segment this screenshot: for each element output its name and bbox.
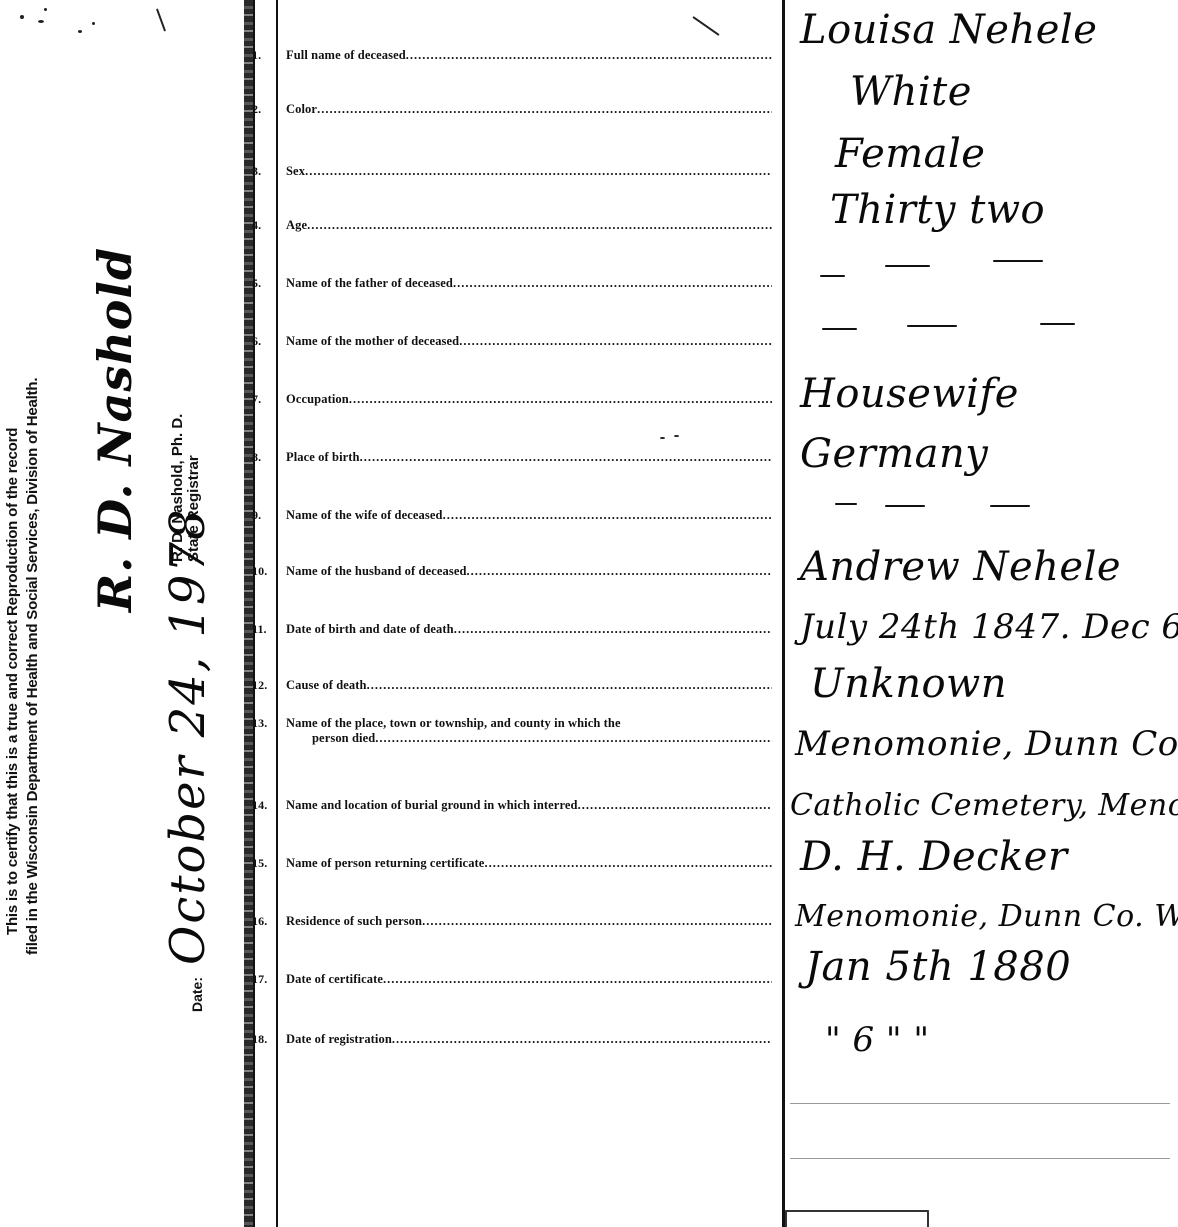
- certification-block: This is to certify that this is a true a…: [0, 0, 240, 1227]
- answer-color: White: [850, 70, 972, 114]
- field-cause-of-death: 12. Cause of death .....................…: [250, 678, 772, 700]
- answer-column-rule: [782, 0, 785, 1227]
- field-birth-death-dates: 11. Date of birth and date of death ....…: [250, 622, 772, 644]
- answer-person-returning: D. H. Decker: [800, 835, 1068, 879]
- field-wife-name: 9. Name of the wife of deceased ........…: [250, 508, 772, 530]
- certification-text-line-2: filed in the Wisconsin Department of Hea…: [24, 378, 41, 955]
- dot-leader: ........................................…: [422, 914, 772, 929]
- field-number: 14.: [250, 798, 276, 813]
- field-label: Place of birth: [276, 450, 360, 465]
- field-number: 10.: [250, 564, 276, 579]
- field-age: 4. Age .................................…: [250, 218, 772, 240]
- blank-answer-dash: [1040, 323, 1075, 325]
- dot-leader: ........................................…: [578, 798, 772, 813]
- field-number: 17.: [250, 972, 276, 987]
- field-person-returning-certificate: 15. Name of person returning certificate…: [250, 856, 772, 878]
- field-label: Name and location of burial ground in wh…: [276, 798, 578, 813]
- field-place-of-death: 13. Name of the place, town or township,…: [250, 716, 772, 756]
- dot-leader: ........................................…: [307, 218, 772, 233]
- field-mother-name: 6. Name of the mother of deceased ......…: [250, 334, 772, 356]
- certification-date: October 24, 1978: [160, 507, 216, 965]
- registrar-signature: R. D. Nashold: [88, 247, 142, 612]
- blank-answer-dash: [822, 328, 857, 330]
- field-color: 2. Color ...............................…: [250, 102, 772, 124]
- field-number: 9.: [250, 508, 276, 523]
- field-label: Date of certificate: [276, 972, 383, 987]
- dot-leader: ........................................…: [367, 678, 772, 693]
- answer-date-of-registration: " 6 " ": [825, 1018, 929, 1062]
- death-certificate-page: This is to certify that this is a true a…: [0, 0, 1178, 1227]
- field-label: Name of the mother of deceased: [276, 334, 459, 349]
- dot-leader: ........................................…: [406, 48, 772, 63]
- answer-residence: Menomonie, Dunn Co. Wis: [795, 895, 1178, 939]
- field-number: 4.: [250, 218, 276, 233]
- scan-speck: [674, 435, 679, 437]
- field-date-of-certificate: 17. Date of certificate ................…: [250, 972, 772, 994]
- field-label: Name of the husband of deceased: [276, 564, 467, 579]
- field-number: 13.: [250, 716, 276, 731]
- field-burial-ground: 14. Name and location of burial ground i…: [250, 798, 772, 820]
- field-label: Age: [276, 218, 307, 233]
- field-number: 2.: [250, 102, 276, 117]
- field-number: 7.: [250, 392, 276, 407]
- scan-speck: [692, 16, 719, 36]
- blank-answer-dash: [993, 260, 1043, 262]
- dot-leader: ........................................…: [375, 731, 772, 746]
- answer-birth-death-dates: July 24th 1847. Dec 6th 18: [800, 605, 1178, 649]
- dot-leader: ........................................…: [349, 392, 772, 407]
- certification-text-line-1: This is to certify that this is a true a…: [4, 428, 21, 935]
- field-number: 15.: [250, 856, 276, 871]
- field-sex: 3. Sex .................................…: [250, 164, 772, 186]
- field-number: 6.: [250, 334, 276, 349]
- answer-place-of-birth: Germany: [800, 432, 988, 476]
- field-father-name: 5. Name of the father of deceased ......…: [250, 276, 772, 298]
- dot-leader: ........................................…: [360, 450, 772, 465]
- field-label: Name of the wife of deceased: [276, 508, 443, 523]
- answer-occupation: Housewife: [800, 372, 1019, 416]
- dot-leader: ........................................…: [459, 334, 772, 349]
- dot-leader: ........................................…: [484, 856, 772, 871]
- answer-full-name: Louisa Nehele: [800, 8, 1097, 52]
- field-number: 11.: [250, 622, 276, 637]
- blank-answer-dash: [820, 275, 845, 277]
- dot-leader: ........................................…: [305, 164, 772, 179]
- dot-leader: ........................................…: [443, 508, 772, 523]
- field-label: Sex: [276, 164, 305, 179]
- field-full-name: 1. Full name of deceased ...............…: [250, 48, 772, 70]
- field-number: 16.: [250, 914, 276, 929]
- field-label: Name of person returning certificate: [276, 856, 484, 871]
- dot-leader: ........................................…: [383, 972, 772, 987]
- field-label-continued: person died: [312, 731, 375, 746]
- dot-leader: ........................................…: [392, 1032, 772, 1047]
- answer-burial-ground: Catholic Cemetery, Menomonie: [790, 784, 1178, 828]
- field-place-of-birth: 8. Place of birth ......................…: [250, 450, 772, 472]
- field-label: Full name of deceased: [276, 48, 406, 63]
- scan-speck: [660, 437, 665, 439]
- dot-leader: ........................................…: [317, 102, 772, 117]
- field-residence: 16. Residence of such person ...........…: [250, 914, 772, 936]
- field-number: 12.: [250, 678, 276, 693]
- field-label: Occupation: [276, 392, 349, 407]
- field-number: 1.: [250, 48, 276, 63]
- date-label: Date:: [189, 977, 205, 1012]
- blank-answer-dash: [885, 265, 930, 267]
- blank-answer-dash: [885, 505, 925, 507]
- field-number: 8.: [250, 450, 276, 465]
- faded-line-artifact: [790, 1158, 1170, 1159]
- field-label: Name of the father of deceased: [276, 276, 453, 291]
- field-label: Residence of such person: [276, 914, 422, 929]
- answer-age: Thirty two: [830, 188, 1045, 232]
- field-husband-name: 10. Name of the husband of deceased ....…: [250, 564, 772, 586]
- answer-place-of-death: Menomonie, Dunn Co.: [795, 722, 1178, 766]
- field-date-of-registration: 18. Date of registration ...............…: [250, 1032, 772, 1054]
- answer-husband-name: Andrew Nehele: [800, 545, 1121, 589]
- field-label: Name of the place, town or township, and…: [276, 716, 621, 731]
- answer-sex: Female: [835, 132, 985, 176]
- field-number: 5.: [250, 276, 276, 291]
- faded-line-artifact: [790, 1103, 1170, 1104]
- stamp-box-artifact: [785, 1210, 929, 1227]
- field-label: Date of registration: [276, 1032, 392, 1047]
- field-label: Date of birth and date of death: [276, 622, 454, 637]
- dot-leader: ........................................…: [453, 276, 772, 291]
- blank-answer-dash: [835, 503, 857, 505]
- dot-leader: ........................................…: [467, 564, 772, 579]
- blank-answer-dash: [907, 325, 957, 327]
- field-label: Cause of death: [276, 678, 367, 693]
- blank-answer-dash: [990, 505, 1030, 507]
- answer-date-of-certificate: Jan 5th 1880: [805, 945, 1071, 989]
- answer-cause-of-death: Unknown: [810, 662, 1007, 706]
- dot-leader: ........................................…: [454, 622, 772, 637]
- field-label: Color: [276, 102, 317, 117]
- field-number: 18.: [250, 1032, 276, 1047]
- field-occupation: 7. Occupation ..........................…: [250, 392, 772, 414]
- field-number: 3.: [250, 164, 276, 179]
